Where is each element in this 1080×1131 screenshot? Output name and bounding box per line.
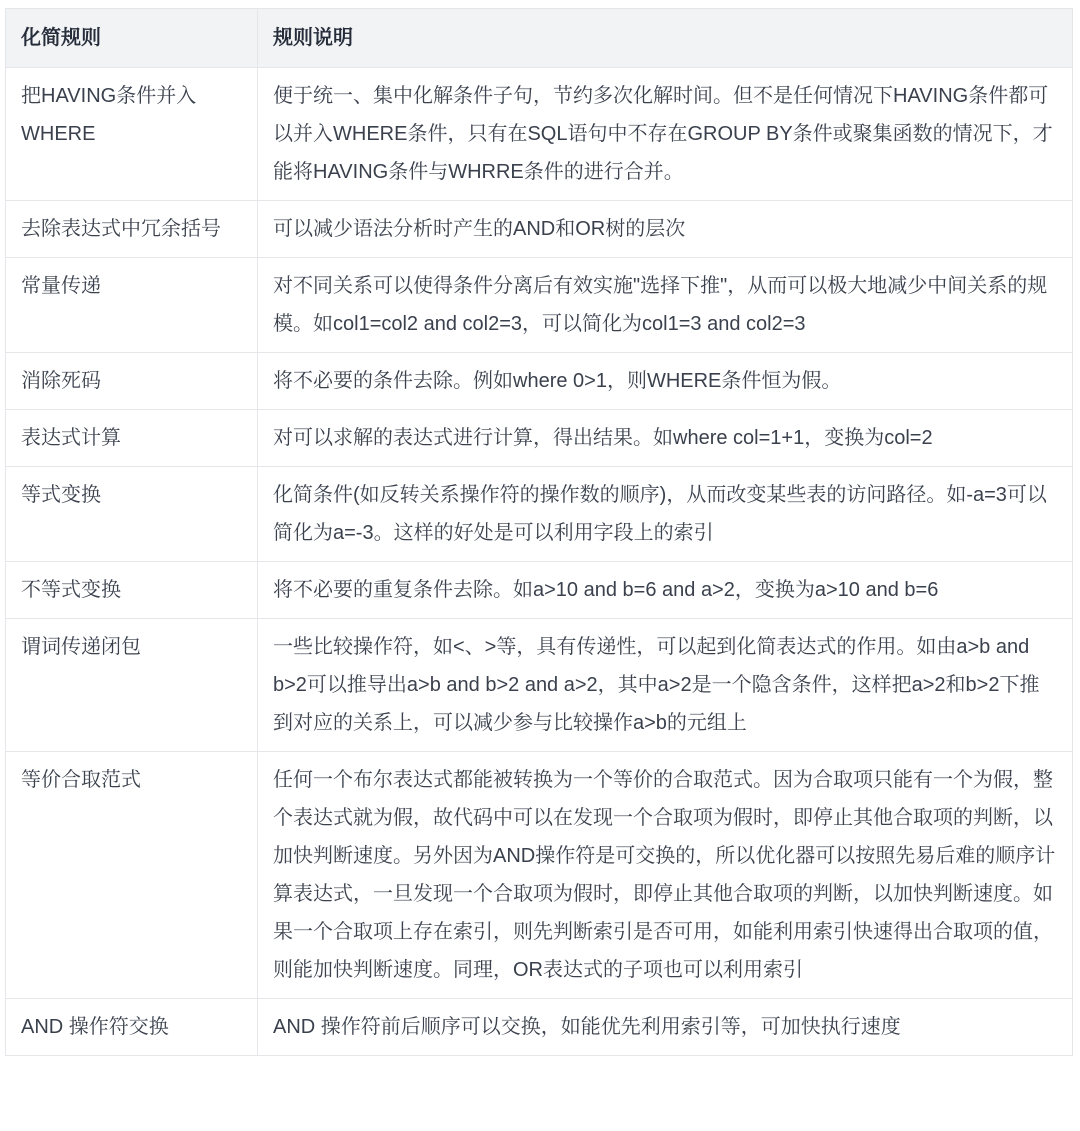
description-cell: 化简条件(如反转关系操作符的操作数的顺序)，从而改变某些表的访问路径。如-a=3… (258, 467, 1073, 562)
description-cell: 将不必要的条件去除。例如where 0>1，则WHERE条件恒为假。 (258, 353, 1073, 410)
column-header-description: 规则说明 (258, 9, 1073, 68)
description-cell: 对可以求解的表达式进行计算，得出结果。如where col=1+1，变换为col… (258, 410, 1073, 467)
description-cell: 将不必要的重复条件去除。如a>10 and b=6 and a>2，变换为a>1… (258, 562, 1073, 619)
rule-cell: 不等式变换 (6, 562, 258, 619)
table-row: 谓词传递闭包 一些比较操作符，如<、>等，具有传递性，可以起到化简表达式的作用。… (6, 619, 1073, 752)
rule-cell: 常量传递 (6, 258, 258, 353)
page: 化简规则 规则说明 把HAVING条件并入WHERE 便于统一、集中化解条件子句… (0, 0, 1080, 1066)
rule-cell: 谓词传递闭包 (6, 619, 258, 752)
column-header-rule: 化简规则 (6, 9, 258, 68)
description-cell: 任何一个布尔表达式都能被转换为一个等价的合取范式。因为合取项只能有一个为假，整个… (258, 752, 1073, 999)
rule-cell: 等式变换 (6, 467, 258, 562)
table-row: 去除表达式中冗余括号 可以减少语法分析时产生的AND和OR树的层次 (6, 201, 1073, 258)
description-cell: 可以减少语法分析时产生的AND和OR树的层次 (258, 201, 1073, 258)
rule-cell: 把HAVING条件并入WHERE (6, 68, 258, 201)
table-row: 消除死码 将不必要的条件去除。例如where 0>1，则WHERE条件恒为假。 (6, 353, 1073, 410)
rule-cell: AND 操作符交换 (6, 999, 258, 1056)
description-cell: 一些比较操作符，如<、>等，具有传递性，可以起到化简表达式的作用。如由a>b a… (258, 619, 1073, 752)
table-row: 等价合取范式 任何一个布尔表达式都能被转换为一个等价的合取范式。因为合取项只能有… (6, 752, 1073, 999)
description-cell: AND 操作符前后顺序可以交换，如能优先利用索引等，可加快执行速度 (258, 999, 1073, 1056)
rule-cell: 等价合取范式 (6, 752, 258, 999)
table-row: 表达式计算 对可以求解的表达式进行计算，得出结果。如where col=1+1，… (6, 410, 1073, 467)
rule-cell: 去除表达式中冗余括号 (6, 201, 258, 258)
table-row: 等式变换 化简条件(如反转关系操作符的操作数的顺序)，从而改变某些表的访问路径。… (6, 467, 1073, 562)
description-cell: 对不同关系可以使得条件分离后有效实施"选择下推"，从而可以极大地减少中间关系的规… (258, 258, 1073, 353)
table-row: 把HAVING条件并入WHERE 便于统一、集中化解条件子句，节约多次化解时间。… (6, 68, 1073, 201)
rule-cell: 表达式计算 (6, 410, 258, 467)
table-row: 常量传递 对不同关系可以使得条件分离后有效实施"选择下推"，从而可以极大地减少中… (6, 258, 1073, 353)
table-header-row: 化简规则 规则说明 (6, 9, 1073, 68)
simplification-rules-table: 化简规则 规则说明 把HAVING条件并入WHERE 便于统一、集中化解条件子句… (5, 8, 1073, 1056)
description-cell: 便于统一、集中化解条件子句，节约多次化解时间。但不是任何情况下HAVING条件都… (258, 68, 1073, 201)
rule-cell: 消除死码 (6, 353, 258, 410)
table-row: 不等式变换 将不必要的重复条件去除。如a>10 and b=6 and a>2，… (6, 562, 1073, 619)
table-row: AND 操作符交换 AND 操作符前后顺序可以交换，如能优先利用索引等，可加快执… (6, 999, 1073, 1056)
